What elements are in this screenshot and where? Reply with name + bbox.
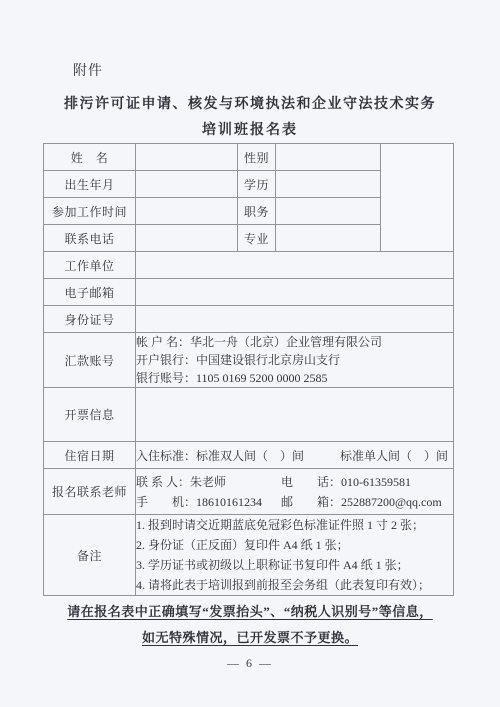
contact-telephone: 电 话：010-61359581 xyxy=(281,475,411,489)
employer-label: 工作单位 xyxy=(44,252,136,279)
contact-line-2: 手 机：18610161234邮 箱：252887200@qq.com xyxy=(136,492,453,512)
contact-email: 邮 箱：252887200@qq.com xyxy=(281,495,442,509)
table-row-name: 姓 名 性别 xyxy=(44,144,454,171)
education-value-cell xyxy=(276,171,381,198)
position-label: 职务 xyxy=(238,198,276,225)
registration-table: 姓 名 性别 出生年月 学历 参加工作时间 职务 联系电话 xyxy=(43,143,454,596)
gender-value-cell xyxy=(276,144,381,171)
table-row-remarks: 备注 1. 报到时请交近期蓝底免冠彩色标准证件照 1 寸 2 张； 2. 身份证… xyxy=(44,515,454,596)
contact-mobile: 手 机：18610161234 xyxy=(136,492,281,512)
idnumber-value-cell xyxy=(136,306,454,333)
position-value-cell xyxy=(276,198,381,225)
email-value-cell xyxy=(136,279,454,306)
gender-label: 性别 xyxy=(238,144,276,171)
table-row-idnumber: 身份证号 xyxy=(44,306,454,333)
document-subtitle: 培训班报名表 xyxy=(0,119,500,139)
remarks-cell: 1. 报到时请交近期蓝底免冠彩色标准证件照 1 寸 2 张； 2. 身份证（正反… xyxy=(136,515,454,596)
table-row-contact: 报名联系老师 联 系 人：朱老师电 话：010-61359581 手 机：186… xyxy=(44,469,454,515)
remittance-account-number: 银行账号：1105 0169 5200 0000 2585 xyxy=(136,369,453,387)
lodging-label: 住宿日期 xyxy=(44,442,136,469)
attachment-label: 附件 xyxy=(73,60,103,80)
page-number: — 6 — xyxy=(0,656,500,671)
education-label: 学历 xyxy=(238,171,276,198)
employer-value-cell xyxy=(136,252,454,279)
lodging-value-cell: 入住标准：标准双人间（ ）间 标准单人间（ ）间 xyxy=(136,442,454,469)
document-page: 附件 排污许可证申请、核发与环境执法和企业守法技术实务 培训班报名表 姓 名 性… xyxy=(0,0,500,707)
table-row-invoice: 开票信息 xyxy=(44,388,454,442)
name-value-cell xyxy=(136,144,238,171)
remittance-account-name: 帐 户 名：华北一舟（北京）企业管理有限公司 xyxy=(136,333,453,351)
photo-cell xyxy=(381,144,454,252)
table-row-employer: 工作单位 xyxy=(44,252,454,279)
document-title: 排污许可证申请、核发与环境执法和企业守法技术实务 xyxy=(0,93,500,113)
table-row-email: 电子邮箱 xyxy=(44,279,454,306)
birthdate-value-cell xyxy=(136,171,238,198)
contact-label: 报名联系老师 xyxy=(44,469,136,515)
table-row-lodging: 住宿日期 入住标准：标准双人间（ ）间 标准单人间（ ）间 xyxy=(44,442,454,469)
table-row-remittance: 汇款账号 帐 户 名：华北一舟（北京）企业管理有限公司 开户银行：中国建设银行北… xyxy=(44,333,454,388)
workstart-value-cell xyxy=(136,198,238,225)
invoice-value-cell xyxy=(136,388,454,442)
remarks-item-4: 4. 请将此表于培训报到前报至会务组（此表复印有效）； xyxy=(136,575,453,595)
remittance-label: 汇款账号 xyxy=(44,333,136,388)
major-label: 专业 xyxy=(238,225,276,252)
idnumber-label: 身份证号 xyxy=(44,306,136,333)
footer-note-invoice-info: 请在报名表中正确填写“发票抬头”、“纳税人识别号”等信息， xyxy=(0,601,500,620)
remarks-item-2: 2. 身份证（正反面）复印件 A4 纸 1 张； xyxy=(136,535,453,555)
contact-line-1: 联 系 人：朱老师电 话：010-61359581 xyxy=(136,472,453,492)
remittance-info-cell: 帐 户 名：华北一舟（北京）企业管理有限公司 开户银行：中国建设银行北京房山支行… xyxy=(136,333,454,388)
email-label: 电子邮箱 xyxy=(44,279,136,306)
remarks-label: 备注 xyxy=(44,515,136,596)
major-value-cell xyxy=(276,225,381,252)
footer-note-no-replacement: 如无特殊情况，已开发票不予更换。 xyxy=(0,627,500,646)
contact-info-cell: 联 系 人：朱老师电 话：010-61359581 手 机：1861016123… xyxy=(136,469,454,515)
phone-value-cell xyxy=(136,225,238,252)
name-label: 姓 名 xyxy=(44,144,136,171)
contact-person: 联 系 人：朱老师 xyxy=(136,472,281,492)
remittance-bank: 开户银行：中国建设银行北京房山支行 xyxy=(136,351,453,369)
workstart-label: 参加工作时间 xyxy=(44,198,136,225)
phone-label: 联系电话 xyxy=(44,225,136,252)
remarks-item-1: 1. 报到时请交近期蓝底免冠彩色标准证件照 1 寸 2 张； xyxy=(136,515,453,535)
birthdate-label: 出生年月 xyxy=(44,171,136,198)
remarks-item-3: 3. 学历证书或初级以上职称证书复印件 A4 纸 1 张； xyxy=(136,555,453,575)
invoice-label: 开票信息 xyxy=(44,388,136,442)
